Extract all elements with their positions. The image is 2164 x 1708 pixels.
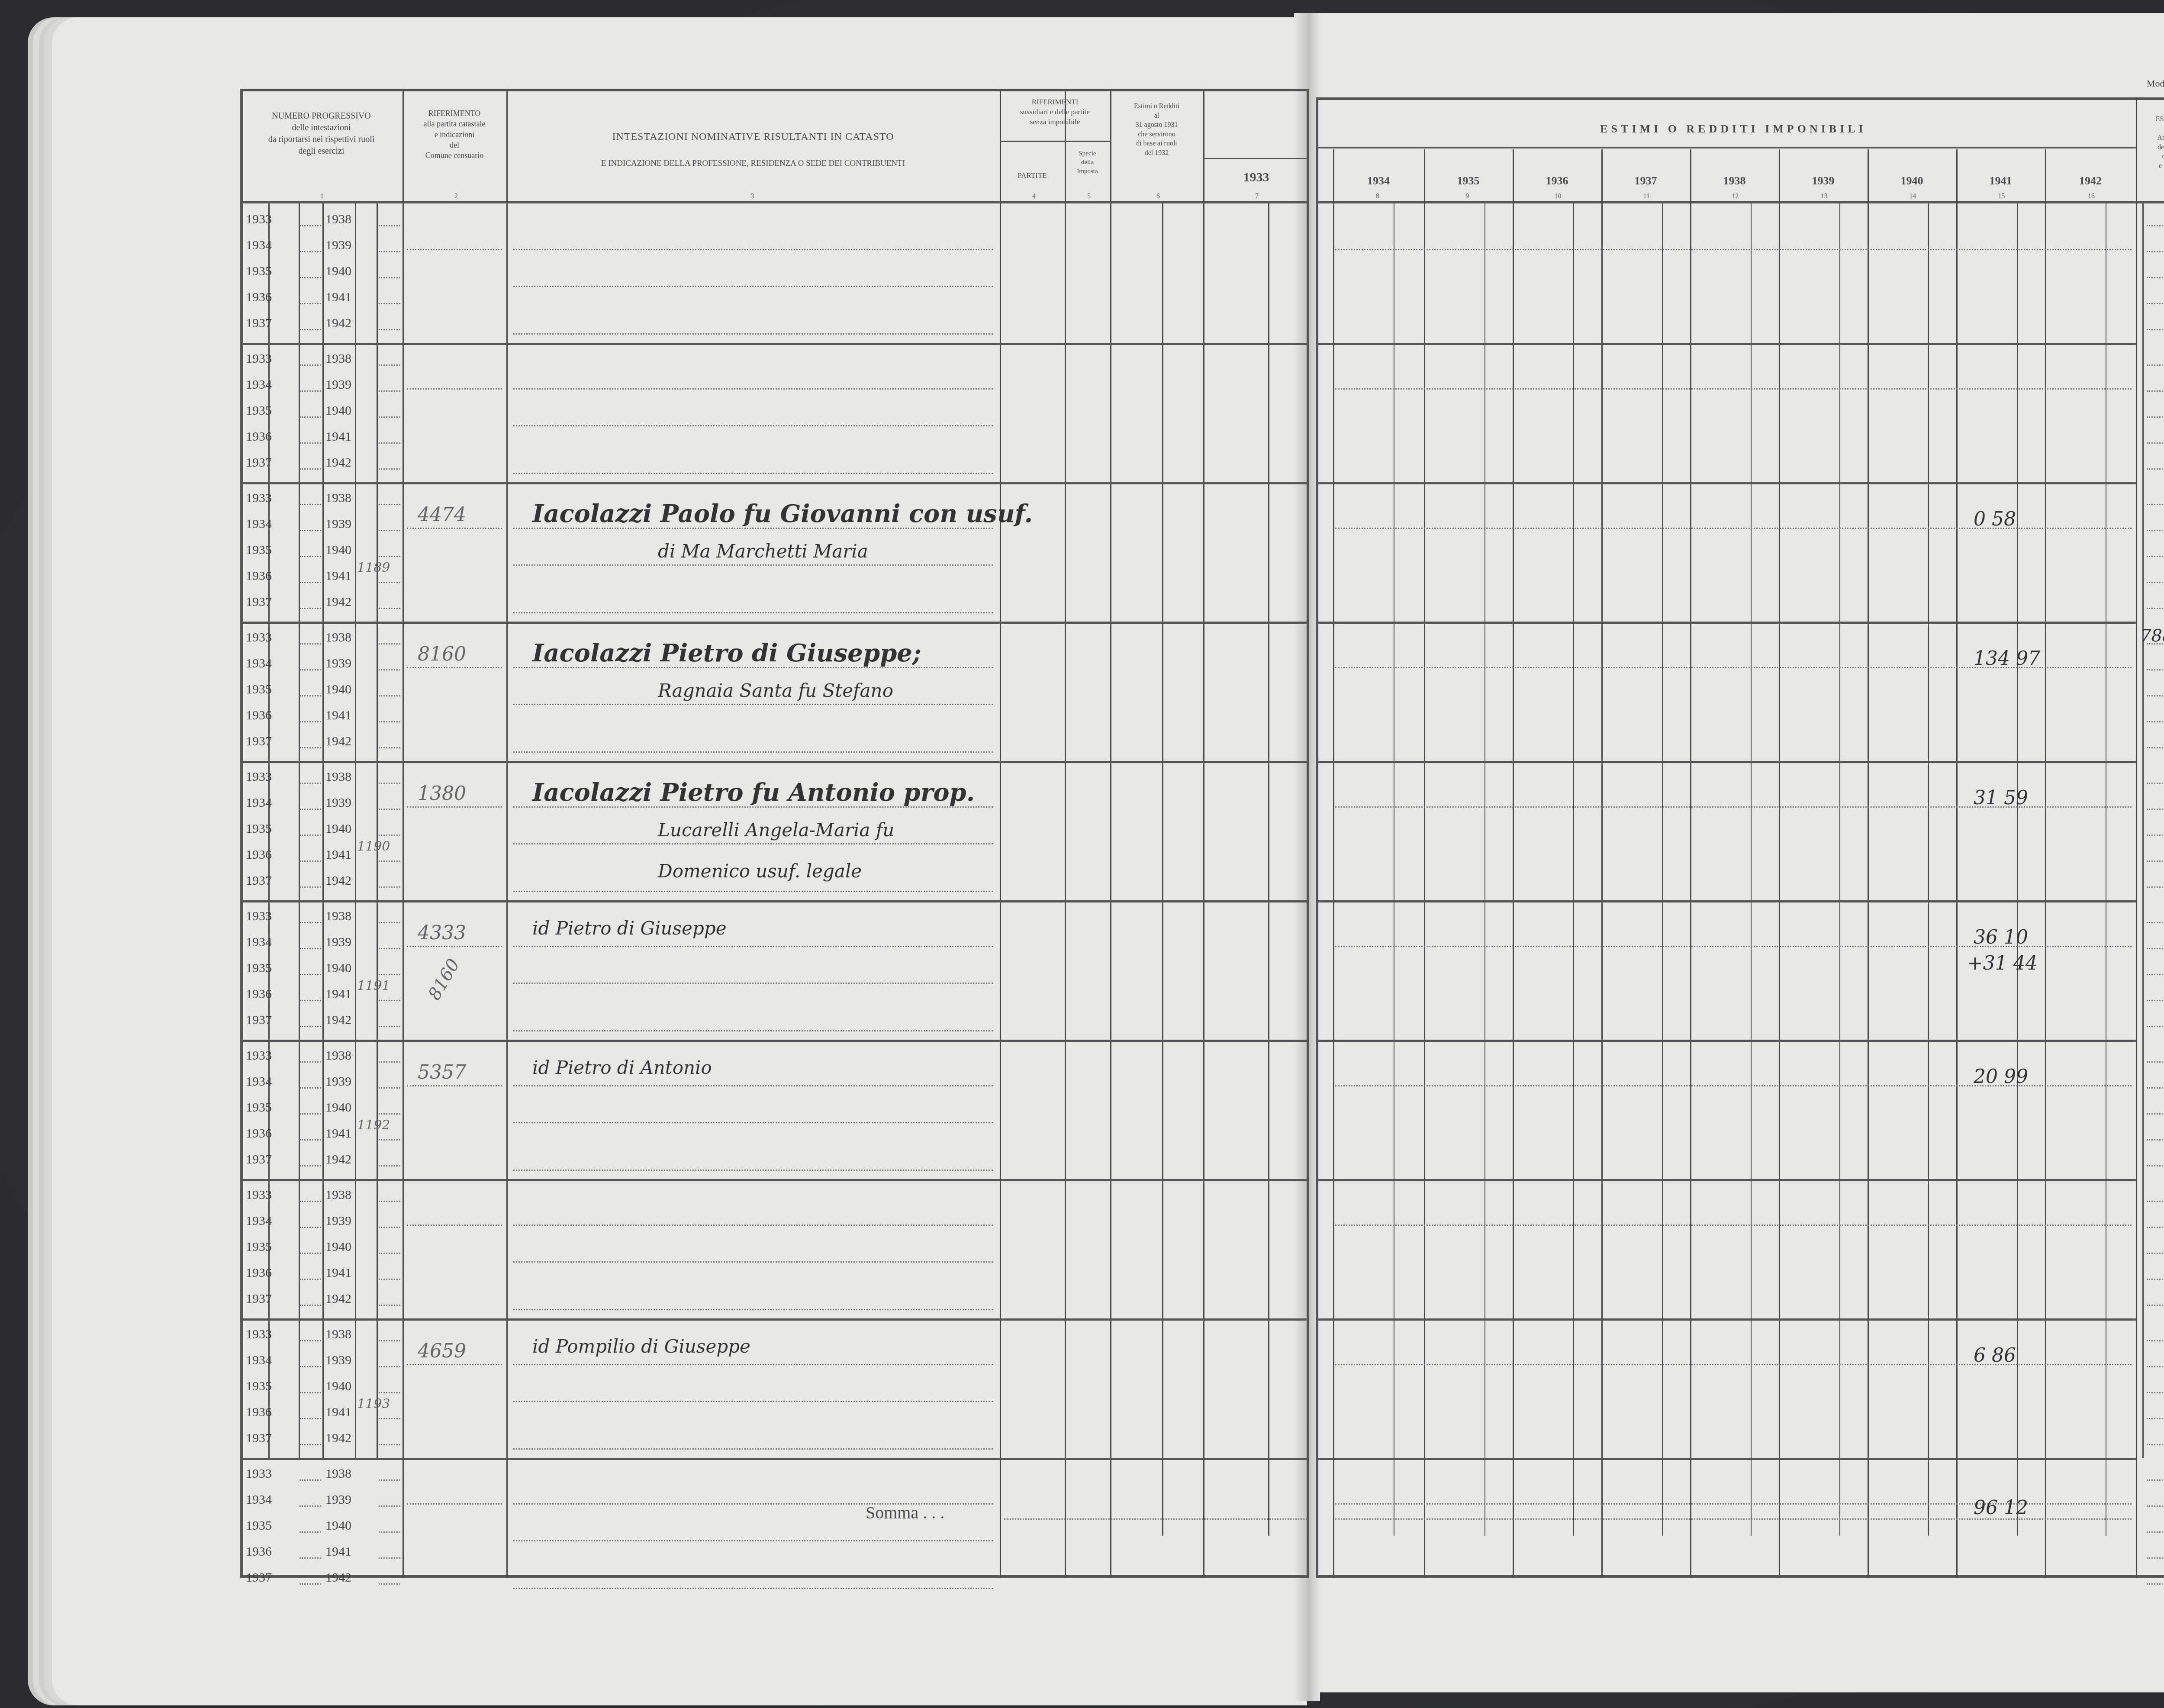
year-dotline [379, 643, 400, 645]
year-label: 1940 [325, 961, 351, 976]
amount-1941: 134 97 [1974, 648, 2040, 670]
year-dotline [299, 277, 321, 278]
name-line [513, 1448, 993, 1450]
year-dotline [299, 1531, 321, 1533]
somma-label: Somma . . . [866, 1501, 944, 1524]
column-divider [2136, 97, 2137, 1578]
entry-separator-left [240, 622, 1309, 624]
year-dotline [379, 1418, 400, 1419]
year-label: 1940 [325, 1379, 351, 1394]
year-label: 1942 [325, 316, 351, 331]
esenzioni-dotline [2147, 809, 2164, 810]
year-dotline [299, 364, 321, 366]
esenzioni-dotline [2147, 582, 2164, 583]
year-label: 1936 [246, 987, 272, 1002]
intestazione-line: Iacolazzi Pietro fu Antonio prop. [532, 778, 975, 807]
year-label: 1940 [325, 822, 351, 836]
esenzioni-dotline [2147, 695, 2164, 696]
column-divider [403, 89, 404, 1578]
esenzioni-dotline [2147, 251, 2164, 252]
year-dotline [379, 1026, 400, 1027]
year-dotline [299, 1165, 321, 1167]
year-label: 1938 [325, 212, 351, 227]
entry-separator-right [1316, 1040, 2136, 1042]
year-label: 1935 [246, 1100, 272, 1115]
year-label: 1937 [246, 873, 272, 888]
somma-rule-right [1316, 1458, 2136, 1460]
year-label: 1938 [325, 909, 351, 924]
year-dotline [379, 303, 400, 304]
cents-divider [1394, 203, 1394, 1536]
column-number: 14 [1910, 193, 1916, 200]
year-dotline [379, 1340, 400, 1341]
year-label: 1935 [246, 1518, 272, 1533]
header-riferimento: RIFERIMENTO alla partita catastale e ind… [405, 108, 504, 161]
esenzioni-dotline [2147, 1444, 2164, 1445]
year-label: 1939 [325, 656, 351, 671]
year-label: 1934 [246, 1353, 272, 1368]
year-dotline [379, 1113, 400, 1115]
year-dotline [379, 669, 400, 670]
year-dotline [379, 1366, 400, 1367]
esenzioni-dotline [2147, 669, 2164, 670]
progressivo-1941: 1193 [357, 1396, 390, 1412]
intestazione-line: Iacolazzi Pietro di Giuseppe; [532, 639, 921, 667]
year-label: 1937 [246, 734, 272, 749]
progressivo-1941: 1192 [357, 1118, 390, 1133]
year-dotline [379, 1479, 400, 1481]
year-dotline [379, 1227, 400, 1228]
header-riferimenti-group: RIFERIMENTI sussidiari e delle partite s… [1000, 97, 1110, 127]
year-label: 1938 [325, 1188, 351, 1202]
year-dotline [379, 1305, 400, 1306]
year-label: 1933 [246, 491, 272, 506]
header-year-1942: 1942 [2045, 173, 2136, 188]
year-dotline [379, 416, 400, 418]
year-label: 1934 [246, 517, 272, 532]
year-label: 1934 [246, 656, 272, 671]
year-dotline [299, 1087, 321, 1089]
right-table-frame [1316, 97, 2164, 1578]
year-dotline [379, 1279, 400, 1280]
year-label: 1939 [325, 796, 351, 810]
esenzioni-dotline [2147, 1340, 2164, 1341]
year-dotline [379, 974, 400, 975]
year-label: 1933 [246, 630, 272, 645]
column-number: 13 [1821, 193, 1828, 200]
year-label: 1942 [325, 455, 351, 470]
year-dotline [379, 556, 400, 557]
year-dotline [299, 1000, 321, 1001]
name-line [513, 891, 993, 892]
year-dotline [299, 442, 321, 444]
entry-separator-right [1316, 900, 2136, 902]
entry-separator-left [240, 900, 1309, 902]
column-divider [1065, 89, 1066, 1578]
name-line [513, 1309, 993, 1310]
entry-separator-left [240, 343, 1309, 345]
amount-line [1335, 249, 2132, 250]
name-line [513, 388, 993, 390]
esenzioni-dotline [2147, 1418, 2164, 1419]
intestazione-line: Iacolazzi Paolo fu Giovanni con usuf. [532, 500, 1033, 528]
year-label: 1937 [246, 1152, 272, 1167]
name-line [513, 612, 993, 613]
year-subdivider [377, 203, 378, 1458]
year-label: 1938 [325, 351, 351, 366]
year-dotline [379, 1201, 400, 1202]
name-line [513, 1030, 993, 1031]
year-label: 1941 [325, 708, 351, 723]
year-label: 1935 [246, 961, 272, 976]
year-dotline [379, 225, 400, 226]
esenzioni-dotline [2147, 1087, 2164, 1089]
header-year-1941: 1941 [1956, 173, 2045, 188]
year-label: 1935 [246, 682, 272, 697]
year-dotline [379, 1165, 400, 1167]
year-label: 1934 [246, 1492, 272, 1507]
year-label: 1937 [246, 595, 272, 609]
year-dotline [379, 329, 400, 330]
year-dotline [379, 835, 400, 836]
esenzioni-dotline [2147, 277, 2164, 278]
year-dotline [299, 809, 321, 810]
year-dotline [299, 721, 321, 722]
header-year-1935: 1935 [1424, 173, 1513, 188]
year-dotline [299, 530, 321, 531]
year-dotline [299, 1557, 321, 1559]
column-number: 4 [1032, 193, 1036, 200]
column-number: 8 [1376, 193, 1379, 200]
year-label: 1934 [246, 796, 272, 810]
year-label: 1941 [325, 987, 351, 1002]
entry-separator-right [1316, 343, 2136, 345]
partita-number: 5357 [418, 1061, 466, 1083]
name-line [513, 1588, 993, 1589]
entry-separator-left [240, 1318, 1309, 1321]
esenzioni-dotline [2147, 974, 2164, 975]
year-label: 1941 [325, 1544, 351, 1559]
year-dotline [379, 721, 400, 722]
intestazione-line: id Pietro di Giuseppe [532, 918, 727, 939]
column-divider [1601, 149, 1603, 1578]
year-dotline [299, 608, 321, 609]
year-label: 1942 [325, 1013, 351, 1028]
name-line [513, 1540, 993, 1541]
esenzioni-dotline [2147, 783, 2164, 784]
header-numero-progressivo: NUMERO PROGRESSIVO delle intestazioni da… [242, 110, 400, 157]
entry-separator-right [1316, 761, 2136, 763]
year-label: 1933 [246, 1466, 272, 1481]
amount-1941: 36 10 [1974, 926, 2028, 948]
year-dotline [299, 860, 321, 862]
intestazione-line: id Pietro di Antonio [532, 1057, 712, 1078]
col6-subdivider [1162, 203, 1163, 1536]
year-label: 1933 [246, 909, 272, 924]
partita-number: 4659 [418, 1340, 466, 1362]
esenzioni-dotline [2147, 1000, 2164, 1001]
year-label: 1942 [325, 1570, 351, 1585]
year-dotline [379, 1583, 400, 1585]
year-label: 1937 [246, 1292, 272, 1306]
amount-1941-addition: +31 44 [1967, 952, 2038, 974]
esenzioni-dotline [2147, 1557, 2164, 1559]
header-rule-left [240, 201, 1309, 203]
column-number: 15 [1998, 193, 2005, 200]
esenzioni-dotline [2147, 1392, 2164, 1393]
year-dotline [299, 390, 321, 392]
year-dotline [299, 974, 321, 975]
column-number: 7 [1255, 193, 1259, 200]
year-label: 1937 [246, 1431, 272, 1446]
year-label: 1942 [325, 1431, 351, 1446]
esenzioni-dotline [2147, 303, 2164, 304]
esenzioni-dotline [2147, 1479, 2164, 1481]
name-line [513, 249, 993, 250]
year-dotline [299, 329, 321, 330]
year-label: 1934 [246, 1214, 272, 1228]
partita-line [407, 388, 502, 390]
year-label: 1940 [325, 1100, 351, 1115]
intestazione-line: Lucarelli Angela-Maria fu [658, 819, 894, 841]
name-line [513, 333, 993, 335]
column-divider [1956, 149, 1958, 1578]
name-line [513, 473, 993, 474]
year-label: 1937 [246, 1013, 272, 1028]
amount-1941: 31 59 [1974, 787, 2028, 809]
year-label: 1940 [325, 1240, 351, 1254]
esenzioni-dotline [2147, 948, 2164, 949]
year-dotline [299, 783, 321, 784]
year-label: 1942 [325, 873, 351, 888]
column-divider [1333, 149, 1334, 1578]
year-label: 1939 [325, 238, 351, 253]
cents-divider [1751, 203, 1752, 1536]
year-label: 1936 [246, 429, 272, 444]
year-dotline [299, 468, 321, 470]
year-dotline [379, 747, 400, 748]
column-number: 5 [1087, 193, 1091, 200]
year-label: 1938 [325, 770, 351, 784]
column-number: 3 [751, 193, 754, 200]
year-label: 1938 [325, 630, 351, 645]
esenzioni-dotline [2147, 329, 2164, 330]
year-dotline [299, 948, 321, 949]
year-label: 1936 [246, 1544, 272, 1559]
year-label: 1938 [325, 1327, 351, 1342]
intestazione-line: Domenico usuf. legale [658, 860, 862, 882]
progressivo-1941: 1190 [357, 839, 390, 854]
year-label: 1935 [246, 403, 272, 418]
esenzioni-dotline [2147, 530, 2164, 531]
header-esenzioni: ESENZIONI — Ammontare degli estimi o red… [2136, 115, 2164, 171]
header-1933: 1933 [1203, 169, 1309, 187]
esenzioni-dotline [2147, 1279, 2164, 1280]
cents-divider [1573, 203, 1574, 1536]
year-dotline [379, 1253, 400, 1254]
year-dotline [379, 1557, 400, 1559]
column-divider [1868, 149, 1869, 1578]
year-dotline [379, 809, 400, 810]
header-year-1937: 1937 [1601, 173, 1690, 188]
esenzioni-dotline [2147, 1253, 2164, 1254]
year-dotline [299, 1061, 321, 1063]
year-dotline [299, 504, 321, 505]
partita-number: 8160 [418, 643, 466, 665]
esenzioni-dotline [2147, 835, 2164, 836]
year-label: 1941 [325, 848, 351, 862]
year-dotline [299, 1279, 321, 1280]
year-label: 1936 [246, 708, 272, 723]
entry-separator-left [240, 761, 1309, 763]
name-line [513, 983, 993, 984]
year-dotline [379, 886, 400, 888]
somma-rule-left [240, 1458, 1309, 1460]
esenzioni-dotline [2147, 442, 2164, 444]
year-label: 1937 [246, 455, 272, 470]
entry-separator-right [1316, 622, 2136, 624]
year-label: 1941 [325, 429, 351, 444]
year-dotline [379, 442, 400, 444]
year-label: 1936 [246, 848, 272, 862]
column-number: 12 [1732, 193, 1739, 200]
progressivo-1941: 1189 [357, 560, 390, 575]
partita-line [407, 1503, 502, 1505]
esenzioni-dotline [2147, 504, 2164, 505]
amount-line [1335, 1225, 2132, 1226]
esenzioni-dotline [2147, 1583, 2164, 1585]
year-label: 1941 [325, 1405, 351, 1420]
column-divider [2045, 149, 2046, 1578]
partita-line [407, 946, 502, 947]
header-specie-imposta: Specie della Imposta [1065, 149, 1110, 176]
year-dotline [379, 251, 400, 252]
cents-divider [1839, 203, 1840, 1536]
entry-separator-right [1316, 1179, 2136, 1181]
name-line [513, 564, 993, 566]
intestazione-line: Ragnaia Santa fu Stefano [658, 680, 893, 701]
name-line [513, 1122, 993, 1123]
year-label: 1940 [325, 1518, 351, 1533]
esenzioni-dotline [2147, 1201, 2164, 1202]
year-dotline [299, 1253, 321, 1254]
year-dotline [299, 1583, 321, 1585]
year-label: 1939 [325, 1214, 351, 1228]
year-dotline [379, 582, 400, 583]
year-label: 1933 [246, 1048, 272, 1063]
esenzioni-dotline [2147, 1026, 2164, 1027]
header-partite: PARTITE [1000, 171, 1065, 181]
year-label: 1938 [325, 1466, 351, 1481]
entry-separator-right [1316, 1318, 2136, 1321]
year-dotline [379, 783, 400, 784]
column-divider [1000, 89, 1001, 1578]
column-divider [1513, 149, 1514, 1578]
year-dotline [379, 1139, 400, 1141]
year-label: 1935 [246, 1240, 272, 1254]
year-dotline [379, 1000, 400, 1001]
esenzioni-dotline [2147, 1165, 2164, 1167]
amount-line [1335, 388, 2132, 390]
year-label: 1934 [246, 377, 272, 392]
intestazione-line: id Pompilio di Giuseppe [532, 1336, 750, 1357]
name-line [513, 1085, 993, 1086]
year-label: 1939 [325, 935, 351, 950]
partita-line [407, 249, 502, 250]
year-label: 1934 [246, 935, 272, 950]
entry-separator-left [240, 482, 1309, 484]
year-dotline [299, 886, 321, 888]
column-number: 2 [454, 193, 458, 200]
year-dotline [299, 747, 321, 748]
column-number: 16 [2088, 193, 2095, 200]
rif-subheader-rule [1000, 141, 1110, 142]
name-line [513, 286, 993, 287]
column-divider [1203, 89, 1204, 1578]
year-label: 1939 [325, 1353, 351, 1368]
year-label: 1940 [325, 403, 351, 418]
year-dotline [379, 530, 400, 531]
year-dotline [299, 303, 321, 304]
col7-subdivider [1268, 203, 1269, 1536]
name-line [513, 1170, 993, 1171]
year-dotline [299, 1366, 321, 1367]
progressivo-1941: 1191 [357, 978, 390, 993]
year-label: 1941 [325, 569, 351, 583]
esenzioni-dotline [2147, 721, 2164, 722]
cents-divider [2106, 203, 2106, 1536]
column-number: 6 [1156, 193, 1160, 200]
partita-number: 4474 [418, 504, 466, 526]
esenzioni-dotline [2147, 1227, 2164, 1228]
year-dotline [299, 695, 321, 696]
name-line [513, 1364, 993, 1365]
year-label: 1939 [325, 1074, 351, 1089]
year-dotline [379, 277, 400, 278]
year-dotline [379, 860, 400, 862]
esenzione-value: 7883 [2140, 626, 2164, 646]
esenzioni-dotline [2147, 1531, 2164, 1533]
esenzioni-dotline [2147, 1113, 2164, 1115]
year-dotline [299, 922, 321, 923]
name-line [513, 1401, 993, 1402]
year-dotline [299, 251, 321, 252]
header-estimi-redditi-imponibili: ESTIMI O REDDITI IMPONIBILI [1333, 121, 2134, 136]
header-year-1934: 1934 [1333, 173, 1424, 188]
year-label: 1940 [325, 543, 351, 558]
year-label: 1935 [246, 822, 272, 836]
header-intestazioni-title: INTESTAZIONI NOMINATIVE RISULTANTI IN CA… [509, 130, 998, 144]
year-label: 1942 [325, 595, 351, 609]
year-dotline [299, 835, 321, 836]
column-divider [506, 89, 508, 1578]
esenzioni-dotline [2147, 922, 2164, 923]
header-rule-right [1316, 201, 2164, 203]
cents-divider [2017, 203, 2018, 1536]
year-dotline [299, 1392, 321, 1393]
year-label: 1939 [325, 517, 351, 532]
name-line [513, 704, 993, 705]
esenzioni-dotline [2147, 1061, 2164, 1063]
name-line [513, 425, 993, 426]
name-line [513, 751, 993, 753]
entry-separator-left [240, 1179, 1309, 1181]
year-label: 1933 [246, 212, 272, 227]
column-number: 1 [320, 193, 324, 200]
partita-line [407, 806, 502, 808]
year1933-rule [1203, 158, 1309, 159]
year-dotline [379, 922, 400, 923]
